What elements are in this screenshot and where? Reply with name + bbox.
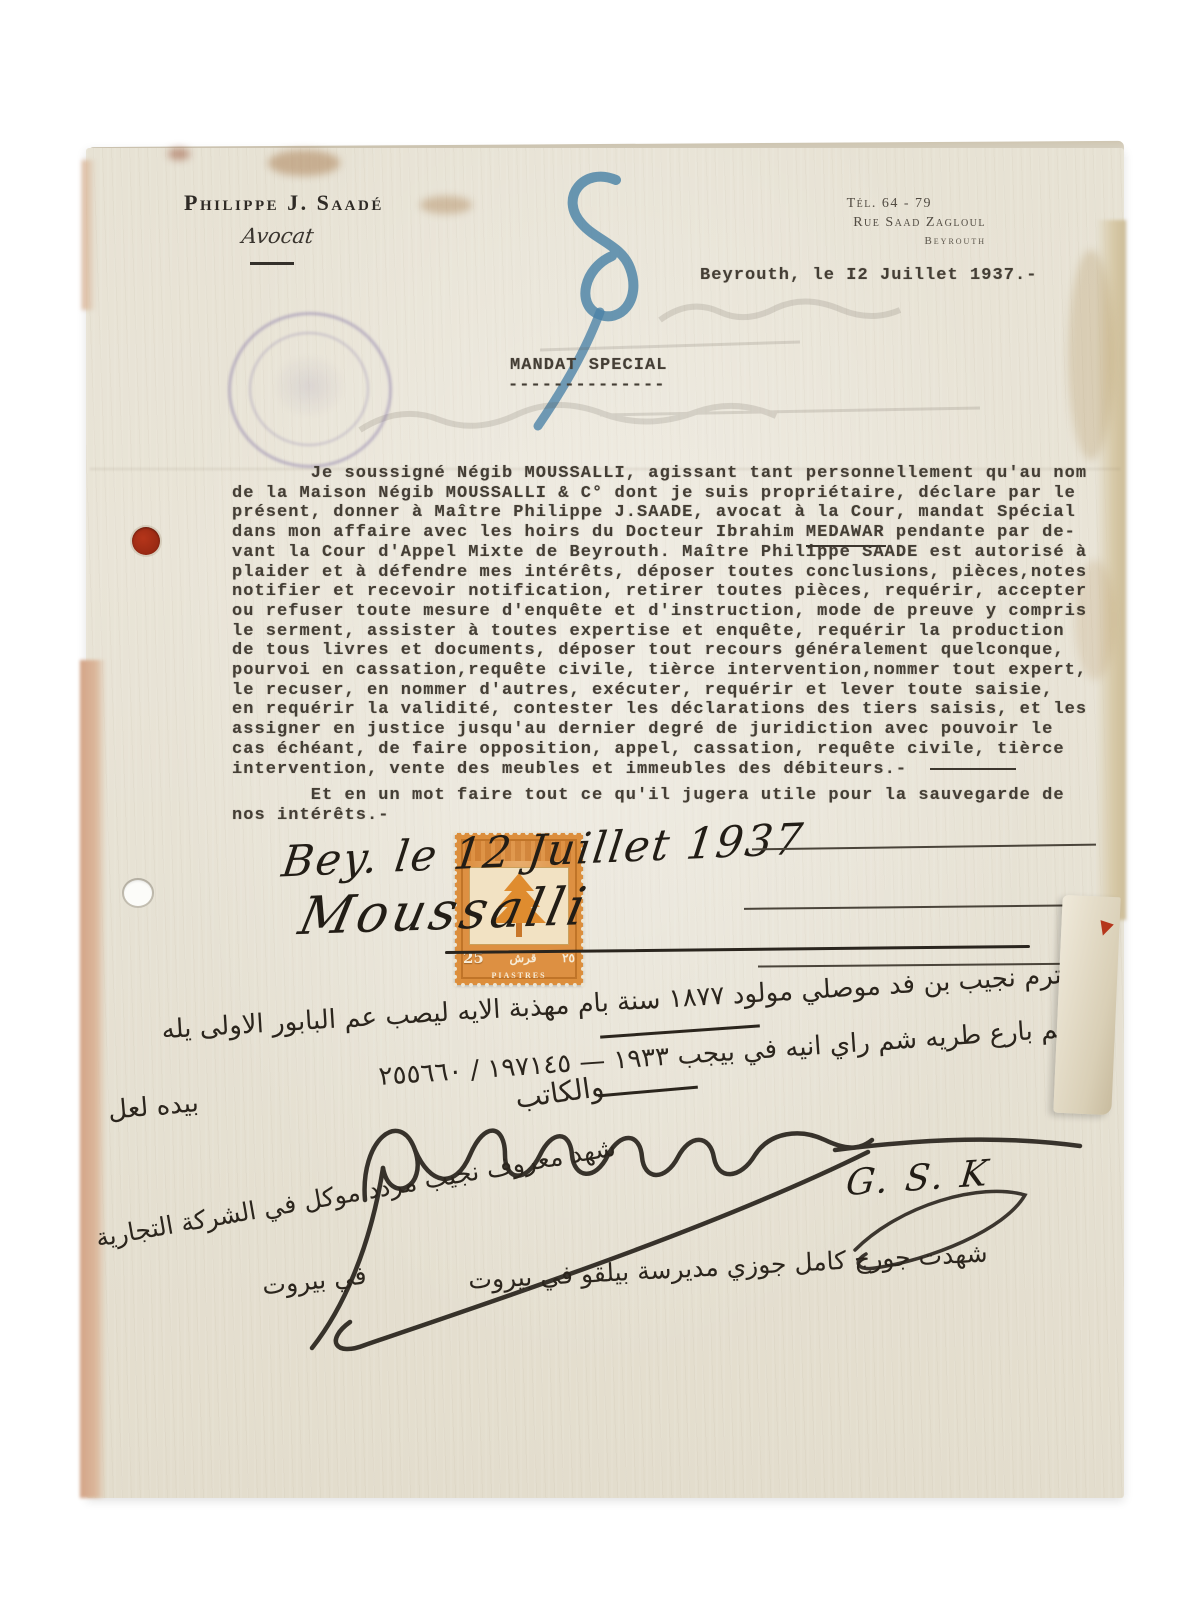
closing-dash bbox=[930, 768, 1016, 770]
paper-edge-left bbox=[80, 660, 106, 1498]
contact-street: Rue Saad Zagloul bbox=[770, 215, 986, 231]
document-title: MANDAT SPECIAL bbox=[510, 356, 668, 375]
letterhead-contact: Tél. 64 - 79 Rue Saad Zagloul Beyrouth bbox=[770, 196, 986, 247]
underline-medawar bbox=[806, 545, 886, 547]
edge-stain bbox=[1068, 250, 1114, 460]
rust-stain bbox=[420, 196, 472, 214]
punch-hole bbox=[122, 878, 154, 908]
stamp-currency: PIASTRES bbox=[455, 971, 583, 980]
scanned-document-photo: Philippe J. Saadé Avocat Tél. 64 - 79 Ru… bbox=[0, 0, 1200, 1600]
handwritten-signature-moussalli: Moussalli bbox=[294, 877, 595, 948]
violet-round-stamp bbox=[228, 312, 392, 468]
body-paragraph-2: Et en un mot faire tout ce qu'il jugera … bbox=[232, 786, 1065, 826]
rust-stain bbox=[268, 150, 340, 176]
contact-city: Beyrouth bbox=[770, 235, 986, 247]
letterhead-rule bbox=[250, 262, 294, 265]
paper-edge-left-top bbox=[82, 160, 96, 310]
rust-stain bbox=[168, 148, 190, 160]
contact-phone: Tél. 64 - 79 bbox=[770, 196, 986, 212]
punch-hole-red bbox=[132, 527, 160, 555]
typed-dateline: Beyrouth, le I2 Juillet 1937.- bbox=[700, 266, 1038, 285]
letterhead-title: Avocat bbox=[240, 224, 315, 248]
violet-round-stamp-smudge bbox=[271, 353, 347, 419]
letterhead-name: Philippe J. Saadé bbox=[184, 190, 384, 216]
stamp-value-arabic: ٢٥ bbox=[562, 951, 575, 965]
body-paragraph-1: Je soussigné Négib MOUSSALLI, agissant t… bbox=[232, 464, 1087, 779]
document-title-underline: -------------- bbox=[508, 376, 666, 395]
